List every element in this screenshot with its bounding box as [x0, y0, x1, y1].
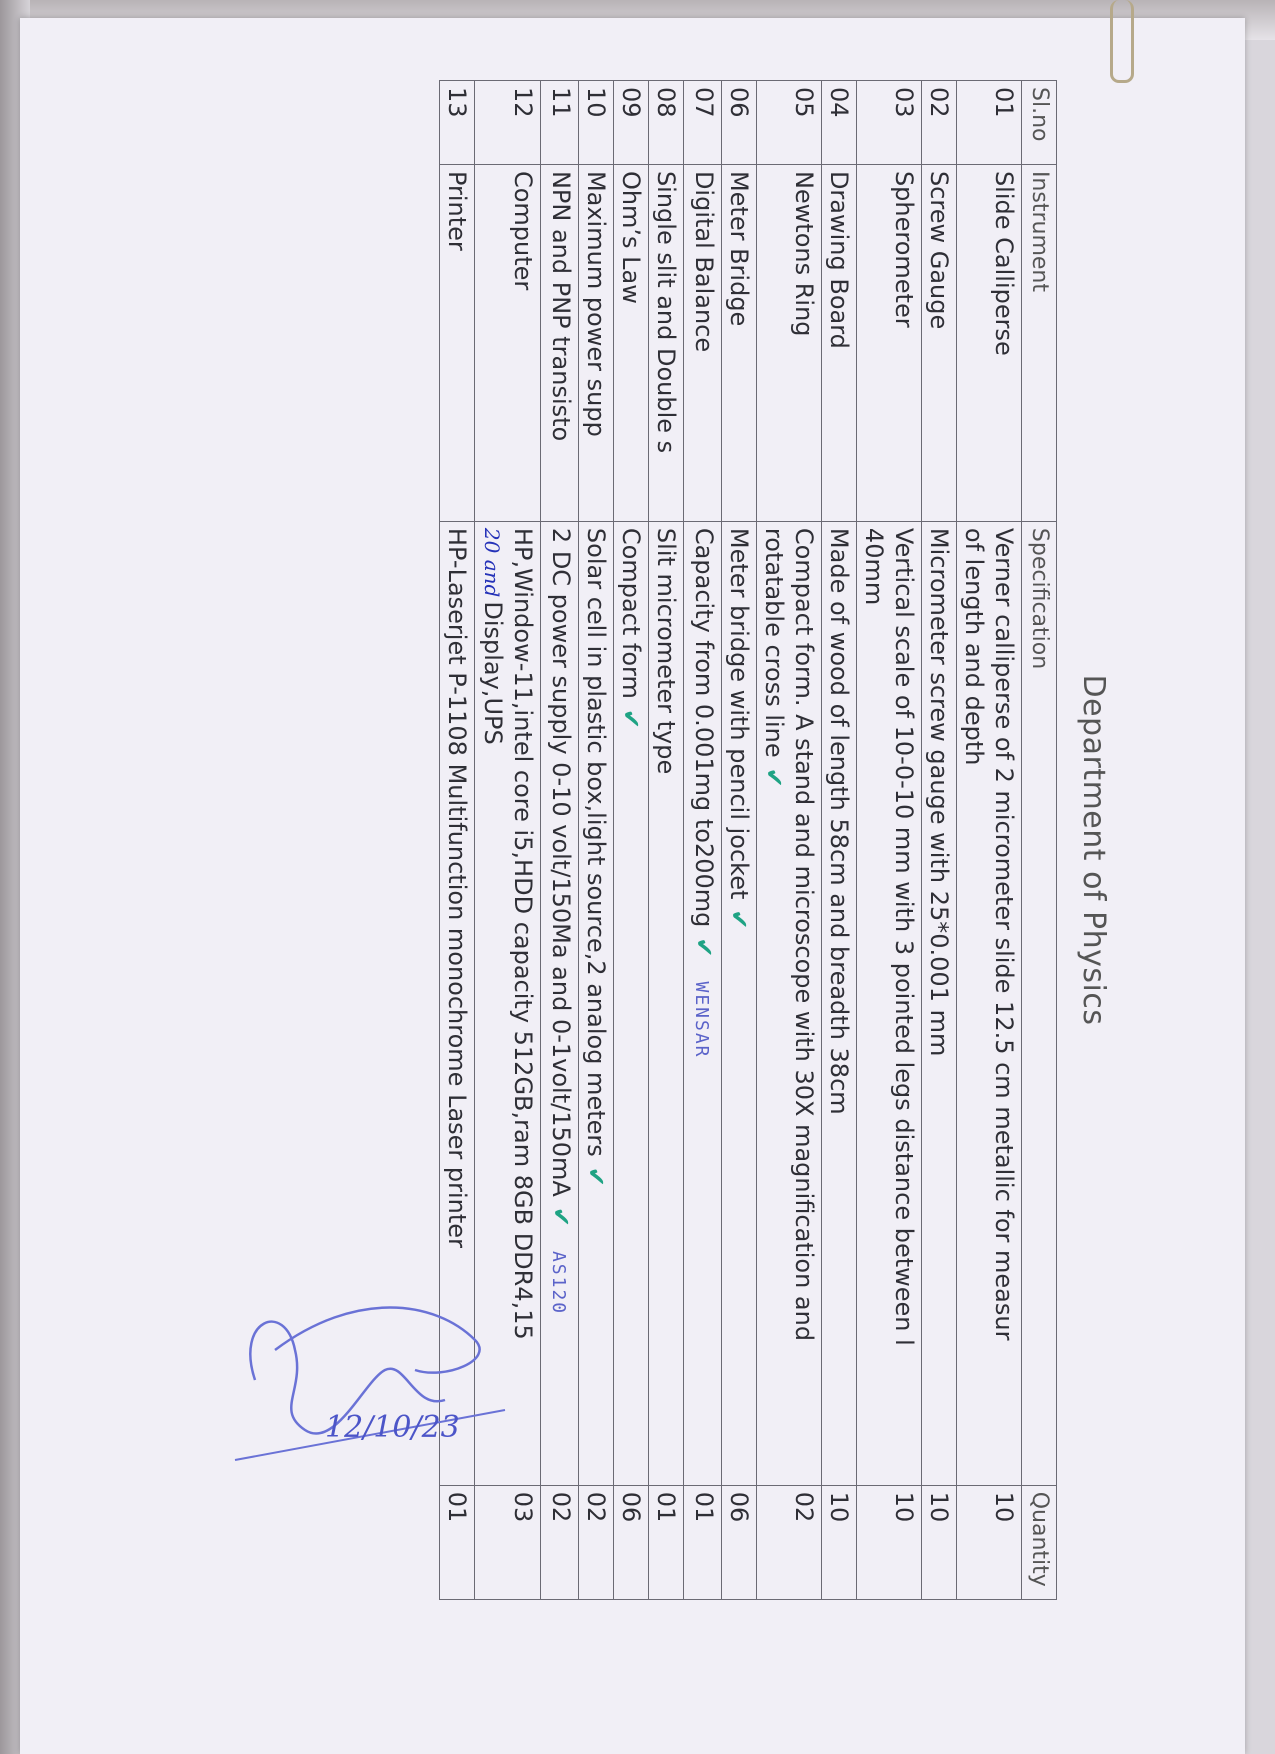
spec-text: HP,Window-11,intel core i5,HDD capacity …	[509, 528, 537, 1340]
spec-text: Vertical scale of 10-0-10 mm with 3 poin…	[890, 528, 918, 1346]
spec-text: Slit micrometer type	[652, 528, 680, 774]
cell-quantity: 06	[722, 1485, 757, 1599]
spec-text: HP-Laserjet P-1108 Multifunction monochr…	[443, 528, 471, 1248]
spec-line: Micrometer screw gauge with 25*0.001 mm	[924, 528, 954, 1479]
spec-text: 40mm	[860, 528, 888, 605]
cell-specification: Verner calliperse of 2 micrometer slide …	[957, 521, 1022, 1485]
cell-slno: 07	[684, 81, 722, 165]
handwritten-note: AS120	[548, 1251, 569, 1315]
cell-instrument: Screw Gauge	[922, 164, 957, 521]
cell-instrument: Drawing Board	[822, 164, 857, 521]
cell-slno: 11	[541, 81, 579, 165]
spec-line: 2 DC power supply 0-10 volt/150Ma and 0-…	[543, 528, 576, 1479]
spec-text: Display,UPS	[479, 601, 507, 744]
cell-specification: Solar cell in plastic box,light source,2…	[579, 521, 614, 1485]
table-row: 05Newtons RingCompact form. A stand and …	[757, 81, 822, 1600]
spec-text: Compact form	[617, 528, 645, 699]
cell-instrument: Meter Bridge	[722, 164, 757, 521]
cell-quantity: 10	[957, 1485, 1022, 1599]
cell-specification: Micrometer screw gauge with 25*0.001 mm	[922, 521, 957, 1485]
cell-quantity: 02	[579, 1485, 614, 1599]
cell-slno: 12	[475, 81, 541, 165]
checkmark-icon: ✔	[760, 768, 788, 788]
spec-text: Capacity from 0.001mg to200mg	[690, 528, 718, 927]
cell-specification: Slit micrometer type	[649, 521, 684, 1485]
cell-quantity: 01	[440, 1485, 475, 1599]
checkmark-icon: ✔	[617, 709, 645, 729]
table-row: 02Screw GaugeMicrometer screw gauge with…	[922, 81, 957, 1600]
spec-text: Micrometer screw gauge with 25*0.001 mm	[925, 528, 953, 1056]
spec-text: Verner calliperse of 2 micrometer slide …	[990, 528, 1018, 1341]
cell-quantity: 10	[822, 1485, 857, 1599]
cell-instrument: Slide Calliperse	[957, 164, 1022, 521]
spec-text: Solar cell in plastic box,light source,2…	[582, 528, 610, 1157]
cell-slno: 01	[957, 81, 1022, 165]
cell-quantity: 02	[541, 1485, 579, 1599]
signature-block: 12/10/23	[215, 1260, 515, 1480]
table-row: 10Maximum power suppSolar cell in plasti…	[579, 81, 614, 1600]
cell-slno: 02	[922, 81, 957, 165]
cell-specification: Compact form✔	[614, 521, 649, 1485]
cell-instrument: Newtons Ring	[757, 164, 822, 521]
document-page: Department of Physics Sl.no Instrument S…	[215, 80, 1115, 1620]
cell-slno: 10	[579, 81, 614, 165]
cell-instrument: Single slit and Double s	[649, 164, 684, 521]
page-title: Department of Physics	[1076, 80, 1115, 1620]
cell-quantity: 10	[857, 1485, 922, 1599]
handwritten-note: 20 and	[480, 528, 504, 597]
signature-date: 12/10/23	[325, 1410, 460, 1445]
cell-quantity: 10	[922, 1485, 957, 1599]
checkmark-icon: ✔	[690, 937, 718, 957]
cell-specification: Compact form. A stand and microscope wit…	[757, 521, 822, 1485]
signature-scribble-icon	[215, 1260, 515, 1480]
cell-slno: 13	[440, 81, 475, 165]
spec-line: rotatable cross line✔	[759, 528, 789, 1479]
table-row: 07Digital BalanceCapacity from 0.001mg t…	[684, 81, 722, 1600]
cell-specification: Capacity from 0.001mg to200mg✔WENSAR	[684, 521, 722, 1485]
cell-slno: 09	[614, 81, 649, 165]
cell-specification: Made of wood of length 58cm and breadth …	[822, 521, 857, 1485]
cell-slno: 03	[857, 81, 922, 165]
cell-instrument: Computer	[475, 164, 541, 521]
cell-instrument: Spherometer	[857, 164, 922, 521]
inventory-table: Sl.no Instrument Specification Quantity …	[439, 80, 1057, 1600]
spec-text: Meter bridge with pencil jocket	[725, 528, 753, 899]
cell-quantity: 01	[649, 1485, 684, 1599]
spec-line: Solar cell in plastic box,light source,2…	[581, 528, 611, 1479]
checkmark-icon: ✔	[582, 1167, 610, 1187]
cell-specification: Meter bridge with pencil jocket✔	[722, 521, 757, 1485]
cell-slno: 06	[722, 81, 757, 165]
spec-line: 40mm	[859, 528, 889, 1479]
table-header-row: Sl.no Instrument Specification Quantity	[1022, 81, 1057, 1600]
cell-instrument: NPN and PNP transisto	[541, 164, 579, 521]
table-row: 11NPN and PNP transisto2 DC power supply…	[541, 81, 579, 1600]
spec-line: Slit micrometer type	[651, 528, 681, 1479]
cell-specification: Vertical scale of 10-0-10 mm with 3 poin…	[857, 521, 922, 1485]
cell-instrument: Maximum power supp	[579, 164, 614, 521]
table-row: 03SpherometerVertical scale of 10-0-10 m…	[857, 81, 922, 1600]
spec-line: Compact form✔	[616, 528, 646, 1479]
column-header-specification: Specification	[1022, 521, 1057, 1485]
cell-quantity: 01	[684, 1485, 722, 1599]
cell-slno: 05	[757, 81, 822, 165]
cell-slno: 04	[822, 81, 857, 165]
spec-line: of length and depth	[959, 528, 989, 1479]
cell-quantity: 02	[757, 1485, 822, 1599]
table-row: 09Ohm’s LawCompact form✔06	[614, 81, 649, 1600]
spec-text: Compact form. A stand and microscope wit…	[790, 528, 818, 1341]
spec-text: rotatable cross line	[760, 528, 788, 758]
binding-string	[1110, 0, 1134, 83]
column-header-instrument: Instrument	[1022, 164, 1057, 521]
spec-line: Verner calliperse of 2 micrometer slide …	[989, 528, 1019, 1479]
cell-quantity: 03	[475, 1485, 541, 1599]
spec-line: Meter bridge with pencil jocket✔	[724, 528, 754, 1479]
spec-text: 2 DC power supply 0-10 volt/150Ma and 0-…	[547, 528, 575, 1197]
column-header-slno: Sl.no	[1022, 81, 1057, 165]
table-row: 08Single slit and Double sSlit micromete…	[649, 81, 684, 1600]
table-row: 06Meter BridgeMeter bridge with pencil j…	[722, 81, 757, 1600]
spec-line: Vertical scale of 10-0-10 mm with 3 poin…	[889, 528, 919, 1479]
cell-instrument: Digital Balance	[684, 164, 722, 521]
spec-text: Made of wood of length 58cm and breadth …	[825, 528, 853, 1115]
checkmark-icon: ✔	[725, 909, 753, 929]
checkmark-icon: ✔	[547, 1207, 575, 1227]
cell-instrument: Printer	[440, 164, 475, 521]
cell-specification: 2 DC power supply 0-10 volt/150Ma and 0-…	[541, 521, 579, 1485]
spec-line: Capacity from 0.001mg to200mg✔WENSAR	[686, 528, 719, 1479]
column-header-quantity: Quantity	[1022, 1485, 1057, 1599]
table-row: 04Drawing BoardMade of wood of length 58…	[822, 81, 857, 1600]
cell-instrument: Ohm’s Law	[614, 164, 649, 521]
handwritten-note: WENSAR	[691, 982, 712, 1059]
spec-line: Compact form. A stand and microscope wit…	[789, 528, 819, 1479]
cell-slno: 08	[649, 81, 684, 165]
spec-line: Made of wood of length 58cm and breadth …	[824, 528, 854, 1479]
table-row: 01Slide CalliperseVerner calliperse of 2…	[957, 81, 1022, 1600]
spec-text: of length and depth	[960, 528, 988, 766]
cell-quantity: 06	[614, 1485, 649, 1599]
